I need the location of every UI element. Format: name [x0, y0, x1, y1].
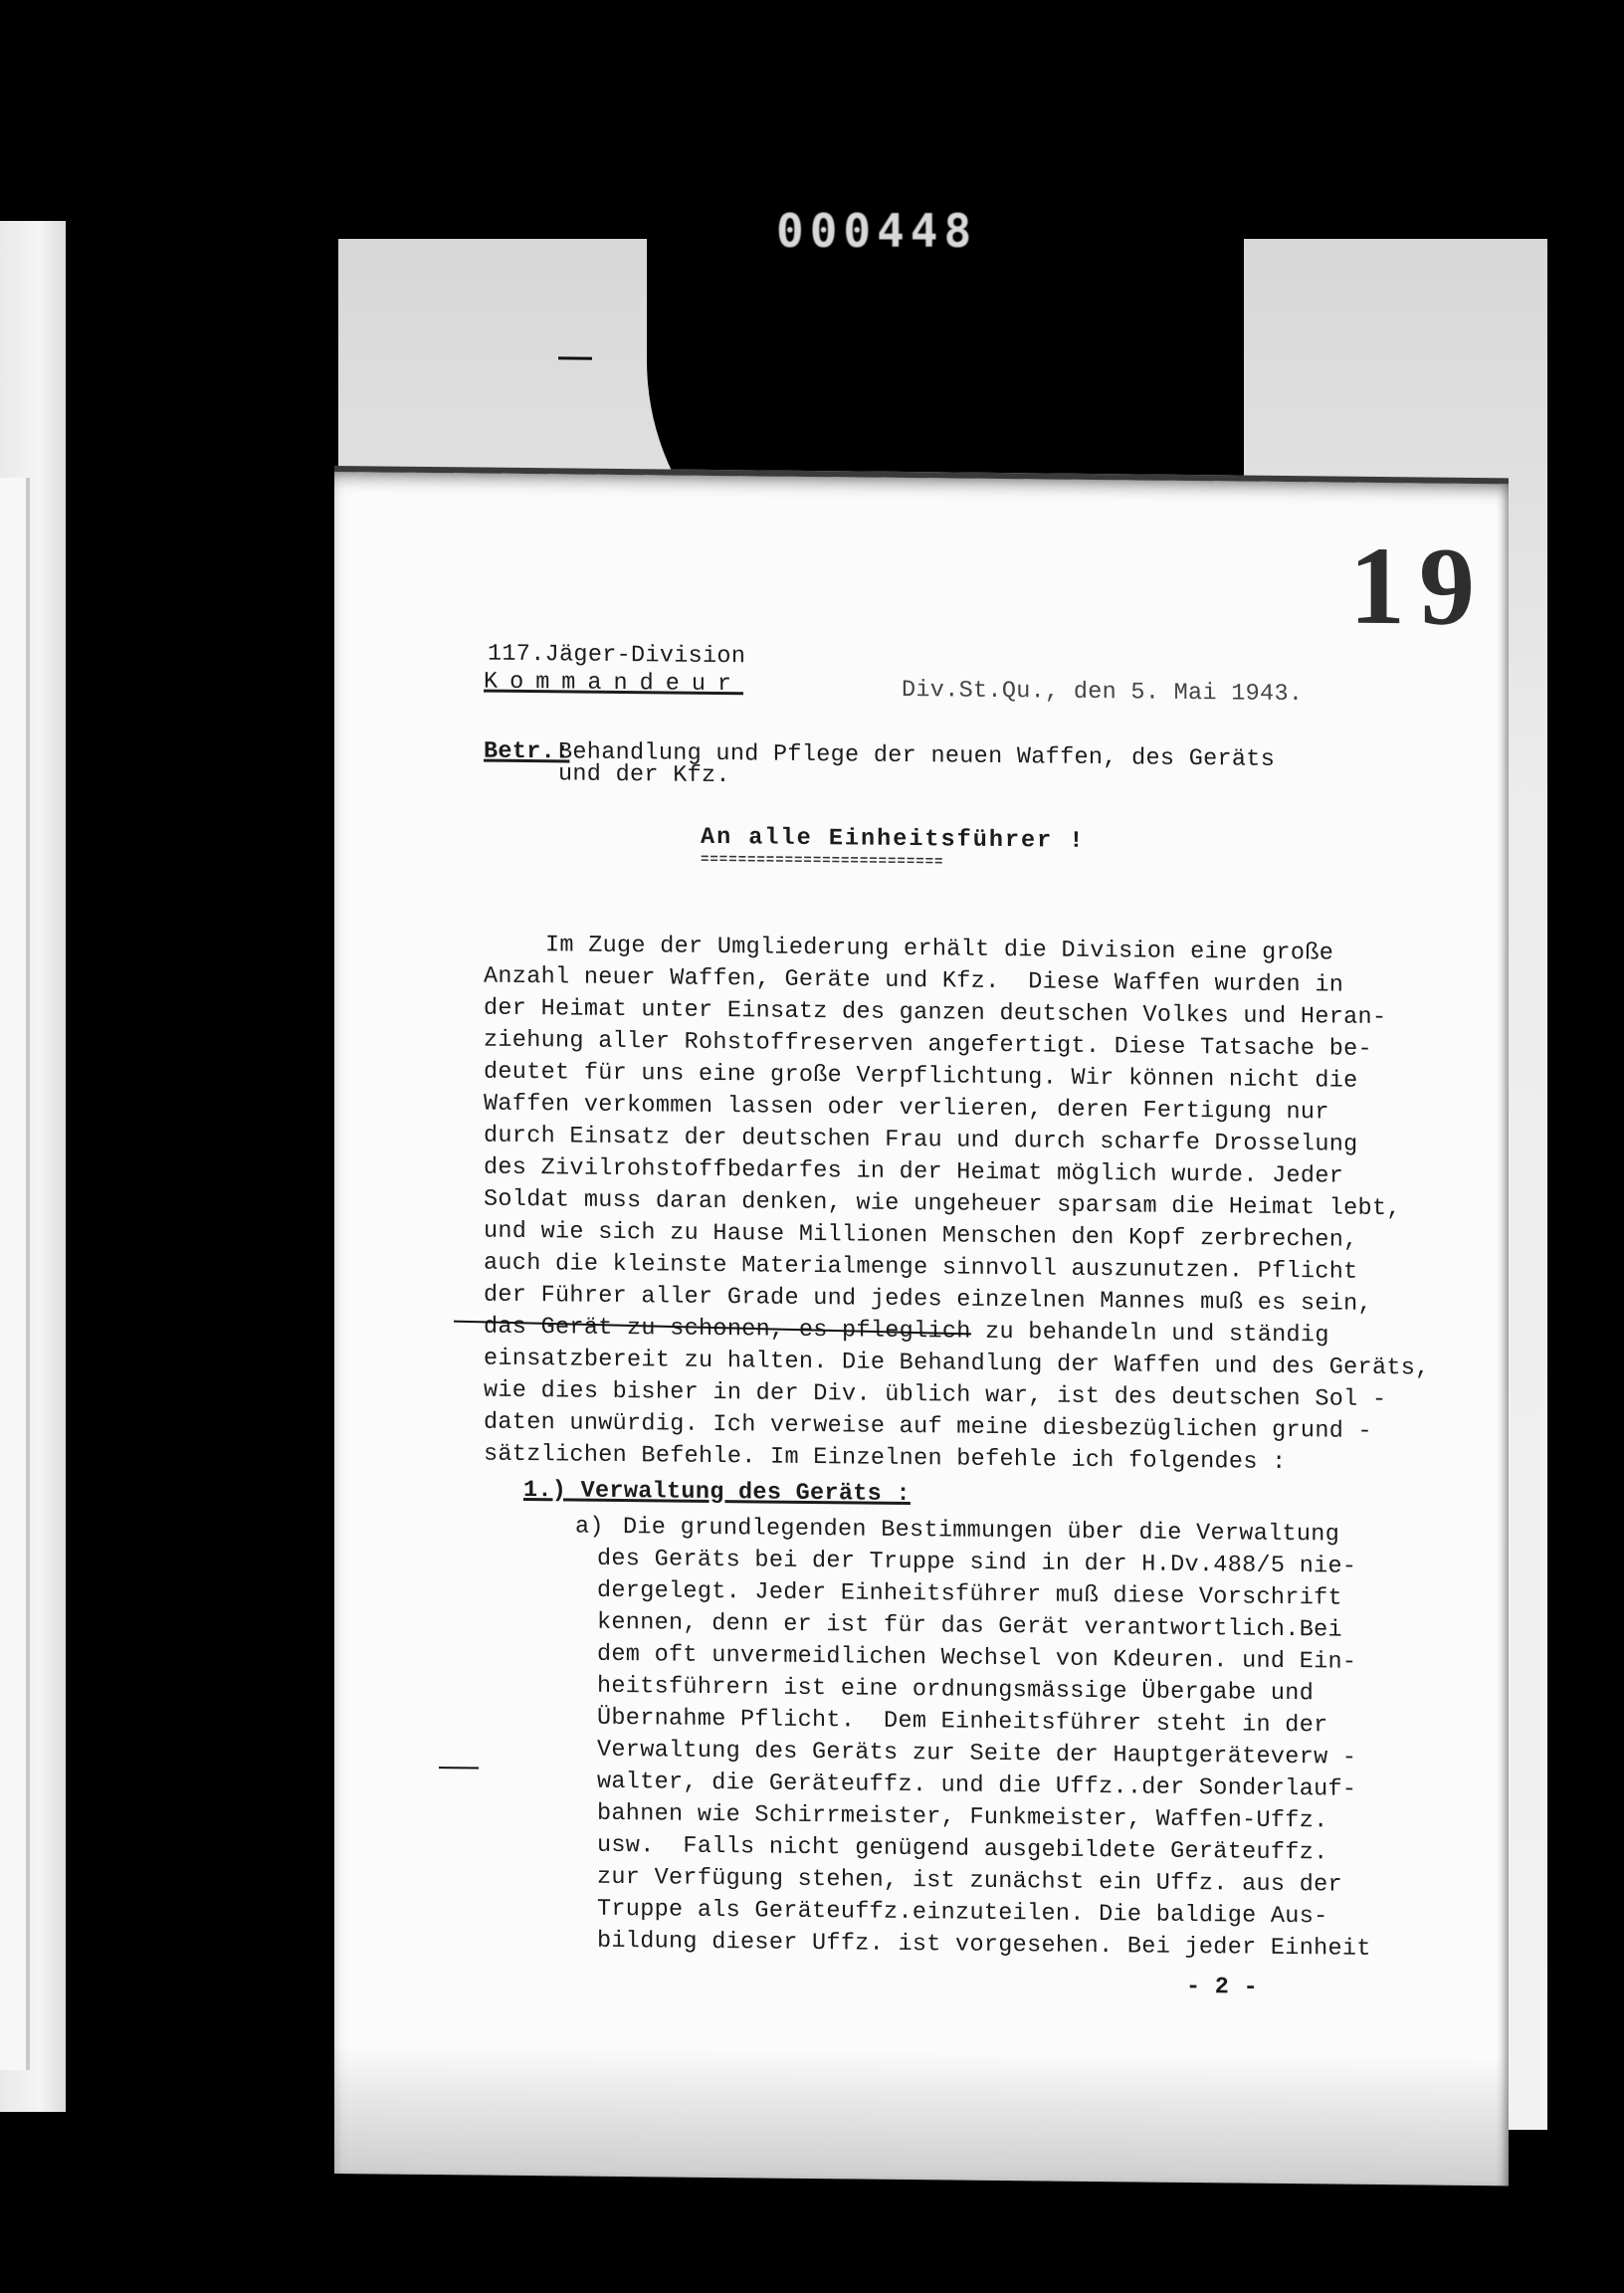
item-a-line: Truppe als Geräteuffz.einzuteilen. Die b… — [597, 1896, 1328, 1931]
item-a-line: usw. Falls nicht genügend ausgebildete G… — [597, 1832, 1328, 1867]
document-page: 19 117.Jäger-Division Kommandeur Div.St.… — [334, 466, 1509, 2186]
subject-label: Betr.: — [484, 738, 569, 766]
intro-line: deutet für uns eine große Verpflichtung.… — [484, 1059, 1358, 1095]
page-footer-number: - 2 - — [1186, 1974, 1258, 2001]
adjacent-page-margin — [0, 478, 30, 2070]
section-1-title: 1.) Verwaltung des Geräts : — [523, 1477, 911, 1508]
item-a-line: bahnen wie Schirrmeister, Funkmeister, W… — [597, 1800, 1328, 1835]
item-a-line: walter, die Geräteuffz. und die Uffz..de… — [597, 1769, 1356, 1803]
document-body: 117.Jäger-Division Kommandeur Div.St.Qu.… — [334, 472, 1509, 2186]
pencil-mark — [558, 356, 592, 359]
item-a-line: Die grundlegenden Bestimmungen über die … — [623, 1514, 1339, 1549]
item-a-line: dem oft unvermeidlichen Wechsel von Kdeu… — [597, 1641, 1356, 1676]
intro-line: ziehung aller Rohstoffreserven angeferti… — [484, 1027, 1372, 1063]
item-a-line: dergelegt. Jeder Einheitsführer muß dies… — [597, 1577, 1342, 1612]
salutation-underline: ========================== — [701, 852, 943, 871]
intro-line: wie dies bisher in der Div. üblich war, … — [484, 1377, 1386, 1414]
intro-line: Im Zuge der Umgliederung erhält die Divi… — [545, 932, 1333, 966]
header-place-date: Div.St.Qu., den 5. Mai 1943. — [902, 677, 1303, 708]
item-a-line: Verwaltung des Geräts zur Seite der Haup… — [597, 1737, 1356, 1772]
item-a-line: des Geräts bei der Truppe sind in der H.… — [597, 1546, 1356, 1580]
film-frame-number: 000448 — [776, 204, 977, 258]
item-a-line: Übernahme Pflicht. Dem Einheitsführer st… — [597, 1705, 1328, 1740]
pencil-mark — [439, 1767, 479, 1769]
subject-line-2: und der Kfz. — [558, 760, 730, 789]
intro-line: der Führer aller Grade und jedes einzeln… — [484, 1282, 1372, 1318]
item-a-line: bildung dieser Uffz. ist vorgesehen. Bei… — [597, 1928, 1371, 1963]
intro-line: und wie sich zu Hause Millionen Menschen… — [484, 1218, 1358, 1254]
item-a-line: zur Verfügung stehen, ist zunächst ein U… — [597, 1864, 1342, 1899]
header-unit: 117.Jäger-Division — [488, 641, 745, 671]
intro-line: durch Einsatz der deutschen Frau und dur… — [484, 1123, 1358, 1158]
intro-line: Anzahl neuer Waffen, Geräte und Kfz. Die… — [484, 963, 1343, 999]
item-a-line: kennen, denn er ist für das Gerät verant… — [597, 1609, 1342, 1644]
salutation: An alle Einheitsführer ! — [701, 824, 1085, 855]
item-a-marker: a) — [575, 1514, 604, 1541]
intro-line: Waffen verkommen lassen oder verlieren, … — [484, 1091, 1329, 1127]
intro-line: daten unwürdig. Ich verweise auf meine d… — [484, 1409, 1372, 1445]
header-office: Kommandeur — [484, 669, 743, 699]
item-a-line: heitsführern ist eine ordnungsmässige Üb… — [597, 1673, 1314, 1708]
intro-line: sätzlichen Befehle. Im Einzelnen befehle… — [484, 1441, 1287, 1476]
intro-line: auch die kleinste Materialmenge sinnvoll… — [484, 1250, 1358, 1286]
intro-line: der Heimat unter Einsatz des ganzen deut… — [484, 995, 1386, 1032]
intro-line: des Zivilrohstoffbedarfes in der Heimat … — [484, 1154, 1343, 1190]
intro-line: einsatzbereit zu halten. Die Behandlung … — [484, 1346, 1430, 1382]
intro-line: Soldat muss daran denken, wie ungeheuer … — [484, 1186, 1401, 1223]
